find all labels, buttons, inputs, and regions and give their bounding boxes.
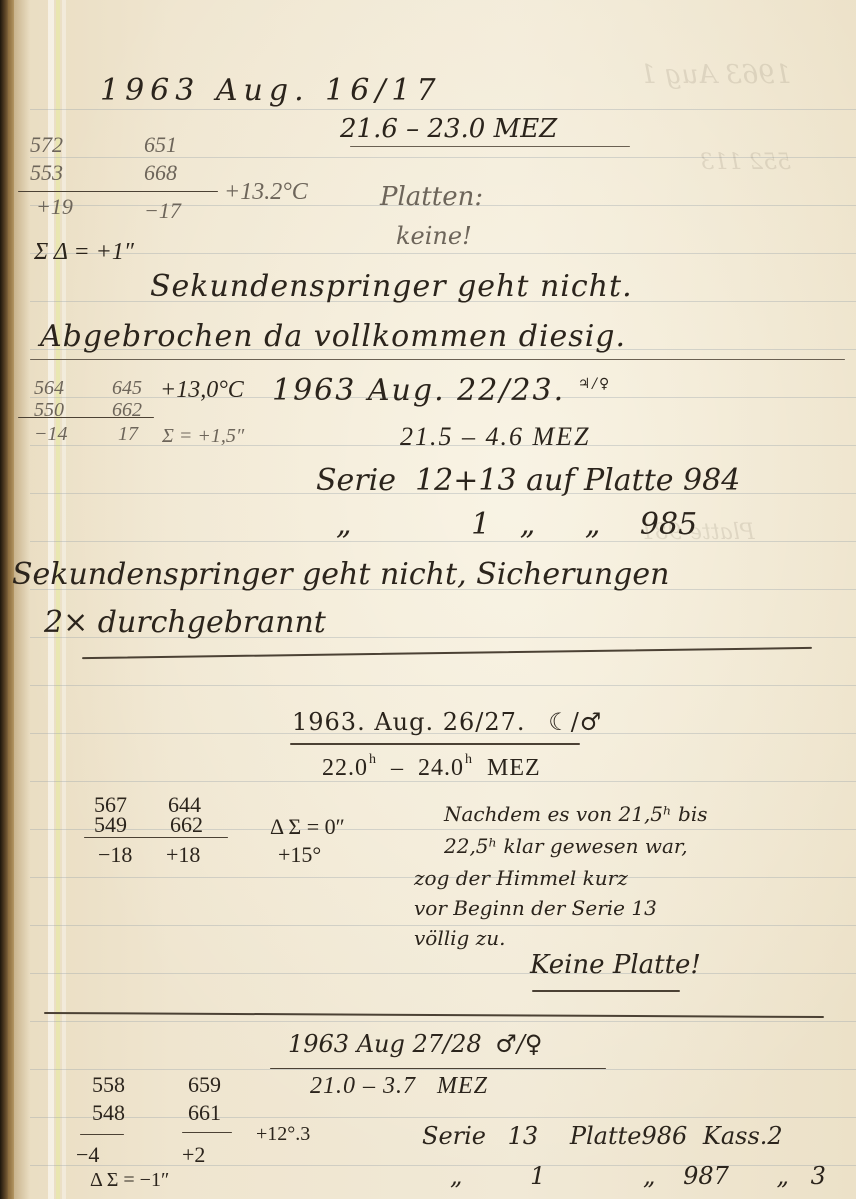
series-number: 1 [471,507,490,542]
entry-divider [44,1012,824,1018]
entry1-calc-c2-r1: 651 [144,134,177,156]
notebook-page: 1963 Aug 1 552 113 Platte 981 1963 Aug. … [0,0,856,1199]
ruled-line [30,109,856,110]
entry1-date-rule [350,146,630,147]
entry2-note-1: Sekundenspringer geht nicht, Sicherungen [12,560,669,590]
ruled-line [30,1069,856,1070]
hour-mark: h [465,752,473,767]
entry1-calc-c1-r1: 572 [30,134,63,156]
ruled-line [30,1021,856,1022]
entry3-calc-c1-r3: −18 [98,844,132,866]
entry2-series-line-1: Serie 12+13 auf Platte 984 [316,466,740,496]
time-start: 22.0 [322,755,368,781]
entry2-calc-c1-r1: 564 [34,378,64,398]
entry4-series-line-1: Serie 13 Platte986 Kass.2 [422,1124,783,1148]
entry1-sum-delta: Σ Δ = +1″ [34,240,134,264]
entry2-date: 1963 Aug. 22/23. ♃/♀ [272,376,611,406]
entry4-series-line-2: „ 1 „ 987 „ 3 [450,1164,826,1188]
entry4-calc-rule-2 [182,1132,232,1133]
entry1-calc-c1-r3: +19 [36,196,73,218]
series-number: 1 [530,1162,545,1190]
cassette-number: 2 [767,1122,782,1150]
entry1-temperature: +13.2°C [224,180,308,204]
ruled-line [30,973,856,974]
entry4-calc-c1-r3: −4 [76,1144,99,1166]
entry3-remark-3: zog der Himmel kurz [414,868,628,888]
ditto-mark: „ [777,1162,789,1190]
cassette-label: Kass. [703,1122,768,1150]
entry4-delta: Δ Σ = −1″ [90,1170,169,1190]
entry4-calc-rule-1 [80,1134,124,1135]
entry2-date-text: 1963 Aug. 22/23. [272,373,565,408]
entry2-sum-delta: Σ = +1,5″ [162,426,244,446]
entry2-series-line-2: „ 1 „ „ 985 [336,510,697,540]
entry1-note-1: Sekundenspringer geht nicht. [150,272,633,302]
plate-number: 986 [641,1122,687,1150]
hour-mark: h [369,752,377,767]
entry2-calc-c2-r3: 17 [118,424,138,444]
entry3-remark-4: vor Beginn der Serie 13 [414,898,657,918]
page-curl-shadow [8,0,30,1199]
entry3-date-text: 1963. Aug. 26/27. [292,708,526,736]
entry4-calc-c1-r1: 558 [92,1074,125,1096]
series-number: 12+13 [415,463,516,498]
ruled-line [30,685,856,686]
entry3-planet-symbols: ☾/♂ [548,708,602,736]
entry2-planet-symbols: ♃/♀ [578,376,612,392]
entry4-temperature: +12°.3 [256,1124,310,1144]
entry2-note-2: 2× durchgebrannt [44,608,326,638]
plate-number: 985 [640,507,697,542]
entry4-calc-c2-r2: 661 [188,1102,221,1124]
entry-divider [82,647,812,659]
entry4-calc-c1-r2: 548 [92,1102,125,1124]
entry3-date-rule [290,743,580,745]
ditto-mark: „ [585,507,601,542]
entry2-time-range: 21.5 – 4.6 MEZ [400,424,591,450]
entry3-date: 1963. Aug. 26/27. ☾/♂ [292,710,602,734]
entry3-time-range: 22.0h – 24.0h MEZ [322,756,541,780]
time-zone: MEZ [487,755,541,781]
entry3-delta: Δ Σ = 0″ [270,816,345,838]
time-end: 24.0 [418,755,464,781]
entry4-time: 21.0 – 3.7 MEZ [310,1074,488,1098]
series-conj: auf [526,463,574,498]
entry1-time-range: 21.6 – 23.0 MEZ [340,116,557,142]
entry3-temperature: +15° [278,844,321,866]
entry2-calc-c1-r3: −14 [34,424,68,444]
ditto-mark: „ [336,507,352,542]
entry3-calc-c1-r2: 549 [94,814,127,836]
time-zone: MEZ [437,1073,488,1099]
bleed-through-text: 552 113 [700,150,791,175]
entry3-remark-5: völlig zu. [414,928,505,948]
entry3-emphasis-underline [532,990,680,992]
entry1-calc-rule [18,191,218,192]
entry4-date-text: 1963 Aug 27/28 [288,1030,482,1058]
plate-label: Platte [570,1122,642,1150]
cassette-number: 3 [811,1162,826,1190]
ditto-mark: „ [643,1162,655,1190]
ditto-mark: „ [450,1162,462,1190]
entry4-calc-c2-r1: 659 [188,1074,221,1096]
entry3-calc-rule [84,837,228,838]
ruled-line [30,253,856,254]
ruled-line [30,781,856,782]
entry1-plates-value: keine! [396,224,472,248]
series-label: Serie [422,1122,486,1150]
entry1-plates-label: Platten: [380,184,483,210]
plate-number: 984 [683,463,740,498]
series-label: Serie [316,463,396,498]
entry-divider [30,359,845,360]
entry4-date: 1963 Aug 27/28 ♂/♀ [288,1032,542,1056]
entry3-calc-c2-r3: +18 [166,844,200,866]
ruled-line [30,1117,856,1118]
entry1-calc-c2-r2: 668 [144,162,177,184]
entry4-planet-symbols: ♂/♀ [495,1030,542,1058]
ruled-line [30,829,856,830]
entry2-calc-c2-r1: 645 [112,378,142,398]
entry3-remark-2: 22,5ʰ klar gewesen war, [444,836,688,856]
entry3-remark-emphasis: Keine Platte! [530,952,701,978]
entry4-calc-c2-r3: +2 [182,1144,205,1166]
entry4-date-rule [270,1068,606,1069]
entry1-date: 1963 Aug. 16/17 [100,76,442,106]
plate-label: Platte [584,463,674,498]
series-number: 13 [508,1122,539,1150]
time-range: 21.0 – 3.7 [310,1073,416,1099]
entry2-temperature: +13,0°C [160,378,244,402]
entry1-note-2: Abgebrochen da vollkommen diesig. [40,322,626,352]
ditto-mark: „ [520,507,536,542]
entry1-calc-c2-r3: −17 [144,200,181,222]
entry1-calc-c1-r2: 553 [30,162,63,184]
plate-number: 987 [683,1162,729,1190]
bleed-through-text: 1963 Aug 1 [640,60,791,90]
entry3-remark-1: Nachdem es von 21,5ʰ bis [444,804,708,824]
entry2-calc-c2-r2: 662 [112,400,142,420]
entry3-calc-c2-r2: 662 [170,814,203,836]
